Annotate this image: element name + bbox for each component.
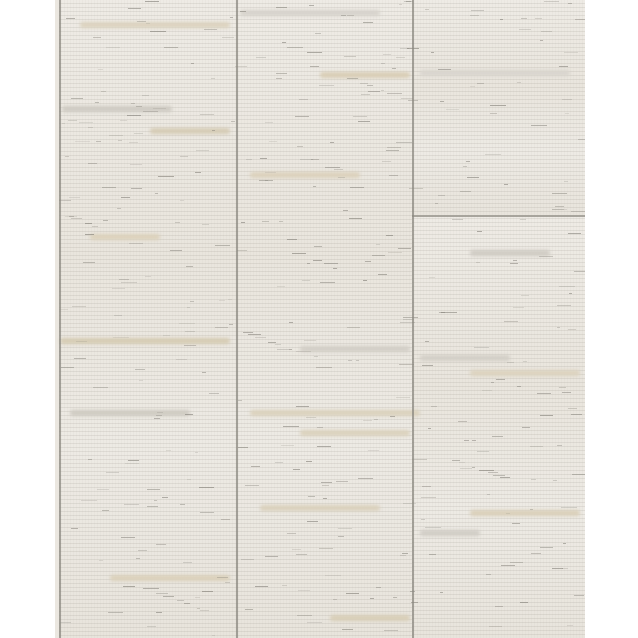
grain-fleck bbox=[319, 85, 334, 86]
grain-fleck bbox=[358, 121, 370, 122]
grain-fleck bbox=[506, 513, 510, 514]
grain-fleck bbox=[61, 367, 74, 368]
grain-fleck bbox=[350, 187, 364, 188]
grain-fleck bbox=[485, 154, 501, 155]
wood-panel-right-bottom bbox=[412, 215, 585, 638]
grain-streak bbox=[300, 430, 410, 436]
grain-fleck bbox=[202, 591, 213, 592]
grain-fleck bbox=[262, 221, 269, 222]
grain-fleck bbox=[572, 474, 585, 475]
grain-fleck bbox=[269, 141, 277, 142]
grain-fleck bbox=[292, 549, 301, 550]
grain-fleck bbox=[154, 500, 157, 501]
grain-fleck bbox=[317, 446, 331, 447]
grain-fleck bbox=[200, 512, 214, 513]
grain-fleck bbox=[559, 66, 568, 67]
grain-fleck bbox=[429, 277, 435, 278]
grain-fleck bbox=[138, 550, 147, 551]
grain-fleck bbox=[421, 497, 436, 498]
grain-fleck bbox=[279, 221, 283, 222]
grain-fleck bbox=[69, 197, 80, 198]
grain-fleck bbox=[142, 95, 149, 96]
grain-fleck bbox=[438, 69, 451, 70]
grain-fleck bbox=[537, 393, 551, 394]
grain-fleck bbox=[119, 279, 129, 280]
grain-fleck bbox=[128, 8, 141, 9]
grain-fleck bbox=[531, 553, 541, 554]
grain-fleck bbox=[287, 239, 297, 240]
grain-fleck bbox=[215, 327, 228, 328]
grain-fleck bbox=[470, 86, 475, 87]
wood-panel-middle bbox=[236, 0, 412, 638]
wallpaper-swatch bbox=[55, 0, 585, 638]
grain-fleck bbox=[131, 188, 142, 189]
grain-fleck bbox=[540, 547, 553, 548]
grain-fleck bbox=[440, 101, 444, 102]
grain-fleck bbox=[422, 486, 431, 487]
grain-fleck bbox=[184, 603, 190, 604]
vertical-seam bbox=[412, 0, 414, 638]
grain-fleck bbox=[431, 406, 437, 407]
grain-fleck bbox=[179, 323, 195, 324]
grain-fleck bbox=[68, 120, 77, 121]
grain-fleck bbox=[163, 335, 170, 336]
grain-streak bbox=[420, 70, 570, 76]
grain-fleck bbox=[289, 322, 293, 323]
grain-fleck bbox=[245, 609, 253, 610]
grain-fleck bbox=[378, 274, 387, 275]
grain-fleck bbox=[124, 504, 139, 505]
grain-fleck bbox=[313, 186, 316, 187]
grain-fleck bbox=[522, 427, 530, 428]
grain-fleck bbox=[71, 98, 83, 99]
grain-fleck bbox=[211, 78, 215, 79]
grain-fleck bbox=[421, 519, 425, 520]
grain-streak bbox=[470, 510, 580, 516]
grain-fleck bbox=[333, 268, 337, 269]
grain-fleck bbox=[96, 141, 101, 142]
grain-fleck bbox=[246, 159, 252, 160]
grain-fleck bbox=[296, 351, 311, 352]
grain-fleck bbox=[237, 250, 247, 251]
grain-fleck bbox=[477, 451, 489, 452]
grain-fleck bbox=[166, 450, 171, 451]
grain-fleck bbox=[431, 52, 434, 53]
grain-fleck bbox=[320, 282, 335, 283]
grain-fleck bbox=[199, 487, 214, 488]
grain-fleck bbox=[368, 450, 379, 451]
grain-fleck bbox=[136, 558, 140, 559]
grain-fleck bbox=[147, 506, 158, 507]
grain-fleck bbox=[486, 574, 491, 575]
grain-fleck bbox=[571, 414, 582, 415]
grain-fleck bbox=[292, 253, 306, 254]
grain-fleck bbox=[563, 543, 566, 544]
grain-fleck bbox=[458, 421, 467, 422]
grain-fleck bbox=[295, 116, 309, 117]
grain-fleck bbox=[72, 306, 86, 307]
grain-fleck bbox=[459, 462, 465, 463]
grain-fleck bbox=[348, 360, 352, 361]
grain-fleck bbox=[60, 622, 71, 623]
grain-fleck bbox=[298, 590, 310, 591]
grain-fleck bbox=[143, 588, 159, 589]
grain-fleck bbox=[347, 15, 354, 16]
grain-fleck bbox=[196, 150, 209, 151]
grain-fleck bbox=[297, 146, 303, 147]
grain-fleck bbox=[79, 122, 93, 123]
grain-fleck bbox=[209, 393, 219, 394]
grain-fleck bbox=[259, 180, 273, 181]
grain-fleck bbox=[241, 222, 245, 223]
grain-fleck bbox=[347, 78, 358, 79]
grain-fleck bbox=[367, 85, 373, 86]
grain-fleck bbox=[187, 479, 191, 480]
grain-fleck bbox=[564, 52, 578, 53]
grain-fleck bbox=[245, 485, 259, 486]
grain-fleck bbox=[428, 428, 431, 429]
grain-fleck bbox=[275, 462, 283, 463]
grain-fleck bbox=[81, 500, 97, 501]
grain-fleck bbox=[530, 509, 533, 510]
grain-fleck bbox=[388, 252, 402, 253]
grain-fleck bbox=[314, 246, 322, 247]
grain-fleck bbox=[510, 562, 523, 563]
grain-fleck bbox=[568, 233, 581, 234]
grain-fleck bbox=[472, 467, 475, 468]
grain-fleck bbox=[387, 93, 402, 94]
grain-fleck bbox=[470, 15, 479, 16]
grain-fleck bbox=[471, 10, 484, 11]
grain-fleck bbox=[154, 418, 160, 419]
grain-fleck bbox=[500, 477, 510, 478]
grain-fleck bbox=[477, 231, 482, 232]
grain-fleck bbox=[74, 358, 86, 359]
grain-fleck bbox=[562, 392, 571, 393]
grain-fleck bbox=[158, 176, 174, 177]
grain-fleck bbox=[307, 263, 310, 264]
grain-fleck bbox=[559, 286, 575, 287]
grain-fleck bbox=[574, 271, 585, 272]
grain-fleck bbox=[204, 29, 217, 30]
grain-fleck bbox=[555, 206, 564, 207]
horizontal-seam bbox=[412, 215, 585, 217]
grain-fleck bbox=[399, 4, 402, 5]
grain-fleck bbox=[338, 536, 344, 537]
grain-fleck bbox=[517, 386, 521, 387]
grain-fleck bbox=[440, 592, 443, 593]
grain-fleck bbox=[276, 73, 287, 74]
grain-fleck bbox=[180, 200, 184, 201]
grain-fleck bbox=[338, 177, 345, 178]
grain-fleck bbox=[568, 329, 576, 330]
grain-fleck bbox=[496, 379, 505, 380]
grain-fleck bbox=[180, 504, 185, 505]
grain-fleck bbox=[492, 436, 503, 437]
grain-fleck bbox=[520, 602, 528, 603]
grain-fleck bbox=[493, 475, 505, 476]
grain-fleck bbox=[121, 197, 130, 198]
grain-fleck bbox=[565, 113, 569, 114]
vertical-seam bbox=[59, 0, 61, 638]
grain-fleck bbox=[356, 360, 359, 361]
grain-fleck bbox=[109, 135, 123, 136]
grain-fleck bbox=[552, 568, 563, 569]
grain-fleck bbox=[346, 593, 359, 594]
grain-fleck bbox=[489, 626, 502, 627]
grain-fleck bbox=[569, 293, 572, 294]
grain-fleck bbox=[114, 315, 122, 316]
grain-fleck bbox=[552, 1, 559, 2]
grain-fleck bbox=[212, 635, 215, 636]
grain-fleck bbox=[176, 359, 187, 360]
grain-fleck bbox=[143, 111, 158, 112]
grain-fleck bbox=[341, 15, 346, 16]
grain-fleck bbox=[147, 626, 156, 627]
grain-fleck bbox=[212, 130, 215, 131]
grain-fleck bbox=[131, 103, 135, 104]
grain-fleck bbox=[571, 211, 585, 212]
grain-fleck bbox=[544, 1, 552, 2]
grain-fleck bbox=[315, 33, 321, 34]
grain-fleck bbox=[123, 586, 135, 587]
grain-streak bbox=[150, 128, 230, 134]
grain-fleck bbox=[121, 537, 135, 538]
grain-fleck bbox=[316, 367, 332, 368]
grain-fleck bbox=[118, 140, 122, 141]
grain-fleck bbox=[403, 317, 418, 318]
grain-fleck bbox=[557, 327, 560, 328]
grain-fleck bbox=[195, 172, 201, 173]
grain-fleck bbox=[85, 234, 94, 235]
grain-fleck bbox=[299, 99, 308, 100]
grain-fleck bbox=[564, 181, 568, 182]
grain-fleck bbox=[382, 161, 391, 162]
grain-fleck bbox=[106, 47, 120, 48]
grain-fleck bbox=[309, 5, 314, 6]
grain-fleck bbox=[130, 164, 142, 165]
grain-fleck bbox=[310, 66, 319, 67]
grain-fleck bbox=[386, 235, 393, 236]
grain-fleck bbox=[490, 105, 506, 106]
grain-fleck bbox=[519, 29, 531, 30]
grain-streak bbox=[90, 234, 160, 240]
grain-fleck bbox=[75, 141, 90, 142]
grain-fleck bbox=[460, 191, 471, 192]
grain-fleck bbox=[101, 91, 106, 92]
grain-fleck bbox=[363, 280, 367, 281]
grain-fleck bbox=[387, 147, 401, 148]
grain-fleck bbox=[425, 527, 441, 528]
grain-fleck bbox=[69, 216, 74, 217]
grain-fleck bbox=[217, 577, 228, 578]
vertical-seam bbox=[236, 0, 238, 638]
grain-fleck bbox=[567, 625, 573, 626]
grain-fleck bbox=[289, 349, 292, 350]
grain-fleck bbox=[513, 307, 524, 308]
grain-fleck bbox=[446, 109, 459, 110]
grain-fleck bbox=[128, 460, 139, 461]
grain-fleck bbox=[219, 300, 225, 301]
grain-fleck bbox=[248, 334, 261, 335]
grain-fleck bbox=[568, 3, 572, 4]
grain-fleck bbox=[66, 18, 75, 19]
grain-fleck bbox=[531, 479, 536, 480]
wood-panel-right-top bbox=[412, 0, 585, 215]
grain-fleck bbox=[425, 9, 429, 10]
grain-fleck bbox=[319, 548, 333, 549]
grain-fleck bbox=[376, 587, 381, 588]
grain-fleck bbox=[324, 263, 338, 264]
grain-fleck bbox=[276, 78, 282, 79]
grain-fleck bbox=[490, 113, 497, 114]
grain-fleck bbox=[93, 37, 101, 38]
grain-streak bbox=[420, 355, 510, 361]
grain-fleck bbox=[517, 82, 521, 83]
grain-fleck bbox=[62, 123, 65, 124]
grain-fleck bbox=[265, 172, 276, 173]
grain-fleck bbox=[147, 489, 160, 490]
grain-fleck bbox=[552, 209, 564, 210]
grain-fleck bbox=[307, 521, 318, 522]
grain-fleck bbox=[157, 412, 163, 413]
grain-fleck bbox=[202, 372, 206, 373]
grain-fleck bbox=[175, 222, 180, 223]
grain-fleck bbox=[521, 18, 527, 19]
grain-fleck bbox=[163, 596, 174, 597]
grain-fleck bbox=[477, 83, 484, 84]
grain-fleck bbox=[306, 417, 316, 418]
grain-fleck bbox=[71, 218, 82, 219]
grain-fleck bbox=[195, 597, 200, 598]
grain-fleck bbox=[200, 610, 209, 611]
grain-fleck bbox=[392, 68, 396, 69]
grain-fleck bbox=[393, 597, 397, 598]
grain-fleck bbox=[268, 342, 276, 343]
grain-fleck bbox=[99, 560, 103, 561]
grain-fleck bbox=[65, 156, 69, 157]
grain-fleck bbox=[302, 280, 310, 281]
grain-streak bbox=[240, 10, 380, 16]
grain-fleck bbox=[365, 261, 371, 262]
grain-fleck bbox=[145, 1, 159, 2]
grain-fleck bbox=[127, 115, 141, 116]
grain-fleck bbox=[314, 356, 318, 357]
grain-fleck bbox=[304, 340, 316, 341]
grain-fleck bbox=[396, 397, 410, 398]
grain-fleck bbox=[135, 369, 145, 370]
grain-fleck bbox=[574, 595, 584, 596]
grain-fleck bbox=[255, 586, 268, 587]
grain-fleck bbox=[92, 226, 98, 227]
grain-fleck bbox=[180, 156, 188, 157]
grain-fleck bbox=[323, 498, 327, 499]
grain-fleck bbox=[363, 22, 373, 23]
grain-fleck bbox=[523, 361, 527, 362]
grain-fleck bbox=[156, 544, 166, 545]
grain-fleck bbox=[386, 150, 399, 151]
grain-fleck bbox=[472, 440, 476, 441]
grain-fleck bbox=[476, 262, 480, 263]
grain-fleck bbox=[325, 167, 340, 168]
grain-fleck bbox=[575, 19, 585, 20]
grain-fleck bbox=[463, 166, 467, 167]
grain-fleck bbox=[435, 203, 438, 204]
grain-fleck bbox=[88, 127, 93, 128]
grain-fleck bbox=[300, 159, 313, 160]
grain-fleck bbox=[338, 528, 352, 529]
grain-fleck bbox=[396, 142, 412, 143]
grain-fleck bbox=[241, 559, 254, 560]
grain-fleck bbox=[425, 341, 429, 342]
grain-fleck bbox=[265, 556, 278, 557]
grain-fleck bbox=[83, 262, 95, 263]
grain-fleck bbox=[317, 427, 323, 428]
grain-fleck bbox=[185, 331, 195, 332]
grain-fleck bbox=[479, 470, 494, 471]
grain-streak bbox=[260, 505, 380, 511]
grain-fleck bbox=[384, 630, 398, 631]
grain-fleck bbox=[251, 466, 260, 467]
grain-fleck bbox=[277, 349, 289, 350]
grain-fleck bbox=[467, 177, 479, 178]
grain-fleck bbox=[539, 256, 553, 257]
grain-fleck bbox=[293, 469, 300, 470]
grain-fleck bbox=[559, 387, 566, 388]
grain-fleck bbox=[145, 276, 151, 277]
grain-fleck bbox=[330, 142, 334, 143]
grain-fleck bbox=[98, 69, 103, 70]
grain-fleck bbox=[297, 615, 312, 616]
grain-fleck bbox=[495, 606, 503, 607]
grain-fleck bbox=[321, 482, 332, 483]
grain-fleck bbox=[238, 400, 242, 401]
grain-fleck bbox=[322, 485, 329, 486]
grain-fleck bbox=[88, 459, 92, 460]
grain-fleck bbox=[202, 224, 209, 225]
grain-fleck bbox=[129, 142, 138, 143]
grain-fleck bbox=[108, 612, 123, 613]
grain-fleck bbox=[360, 83, 368, 84]
grain-fleck bbox=[156, 593, 168, 594]
grain-fleck bbox=[296, 554, 307, 555]
grain-fleck bbox=[422, 365, 433, 366]
grain-fleck bbox=[325, 575, 341, 576]
grain-fleck bbox=[487, 494, 490, 495]
grain-fleck bbox=[76, 341, 87, 342]
grain-fleck bbox=[228, 299, 232, 300]
grain-fleck bbox=[103, 220, 108, 221]
grain-fleck bbox=[520, 219, 526, 220]
grain-fleck bbox=[230, 17, 233, 18]
grain-fleck bbox=[243, 332, 253, 333]
grain-fleck bbox=[564, 209, 567, 210]
grain-streak bbox=[470, 370, 580, 376]
grain-fleck bbox=[552, 193, 567, 194]
grain-fleck bbox=[238, 447, 248, 448]
grain-fleck bbox=[374, 419, 378, 420]
grain-fleck bbox=[197, 608, 200, 609]
grain-fleck bbox=[390, 416, 395, 417]
grain-fleck bbox=[170, 250, 182, 251]
grain-fleck bbox=[276, 7, 287, 8]
grain-fleck bbox=[452, 460, 460, 461]
grain-fleck bbox=[287, 47, 303, 48]
grain-fleck bbox=[363, 420, 372, 421]
grain-fleck bbox=[71, 528, 78, 529]
grain-fleck bbox=[400, 555, 406, 556]
grain-fleck bbox=[155, 193, 158, 194]
